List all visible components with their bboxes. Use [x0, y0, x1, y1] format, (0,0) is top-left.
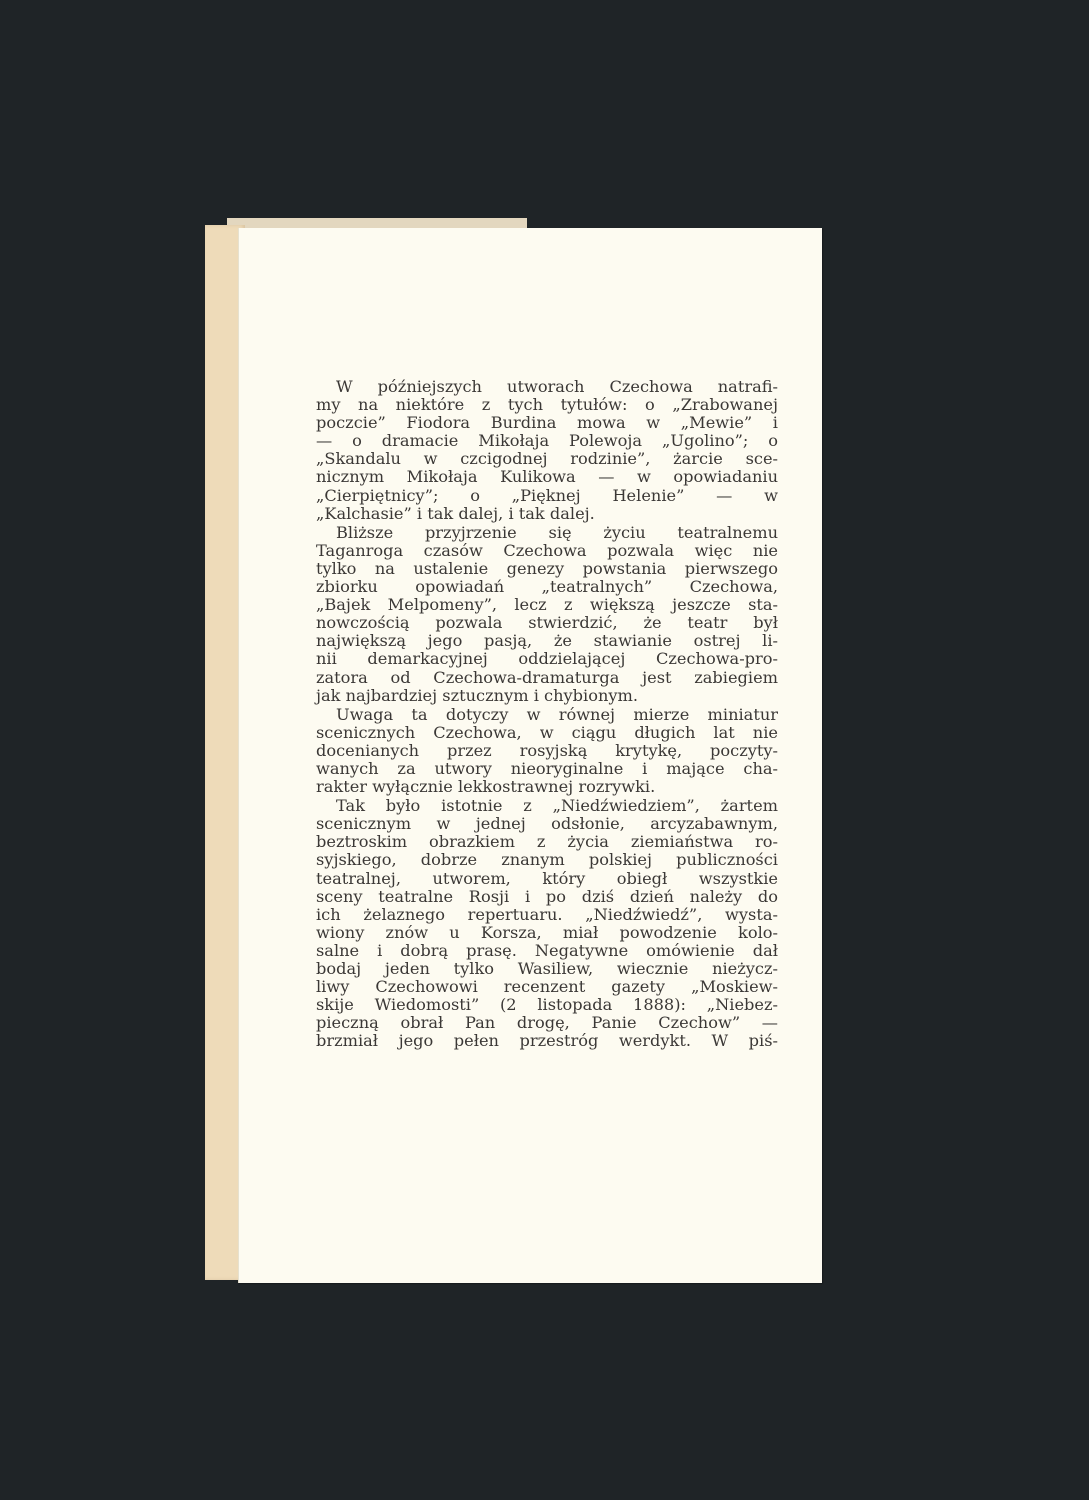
- text-line: bodaj jeden tylko Wasiliew, wiecznie nie…: [316, 960, 778, 978]
- text-line: rakter wyłącznie lekkostrawnej rozrywki.: [316, 778, 778, 796]
- text-line: „Skandalu w czcigodnej rodzinie”, żarcie…: [316, 450, 778, 468]
- text-line: W późniejszych utworach Czechowa natrafi…: [316, 378, 778, 396]
- text-line: nicznym Mikołaja Kulikowa — w opowiadani…: [316, 468, 778, 486]
- paragraph-4: Tak było istotnie z „Niedźwiedziem”, żar…: [316, 797, 778, 1050]
- text-line: beztroskim obrazkiem z życia ziemiaństwa…: [316, 833, 778, 851]
- text-line: Tak było istotnie z „Niedźwiedziem”, żar…: [316, 797, 778, 815]
- text-line: poczcie” Fiodora Burdina mowa w „Mewie” …: [316, 414, 778, 432]
- text-line: największą jego pasją, że stawianie ostr…: [316, 632, 778, 650]
- text-line: wiony znów u Korsza, miał powodzenie kol…: [316, 924, 778, 942]
- text-line: „Kalchasie” i tak dalej, i tak dalej.: [316, 505, 778, 523]
- text-line: skije Wiedomosti” (2 listopada 1888): „N…: [316, 996, 778, 1014]
- book-page: W późniejszych utworach Czechowa natrafi…: [238, 228, 822, 1283]
- text-line: zatora od Czechowa-dramaturga jest zabie…: [316, 669, 778, 687]
- text-line: liwy Czechowowi recenzent gazety „Moskie…: [316, 978, 778, 996]
- page-body-text: W późniejszych utworach Czechowa natrafi…: [316, 378, 778, 1050]
- text-line: Uwaga ta dotyczy w równej mierze miniatu…: [316, 706, 778, 724]
- text-line: Taganroga czasów Czechowa pozwala więc n…: [316, 542, 778, 560]
- text-line: nii demarkacyjnej oddzielającej Czechowa…: [316, 650, 778, 668]
- text-line: jak najbardziej sztucznym i chybionym.: [316, 687, 778, 705]
- text-line: syjskiego, dobrze znanym polskiej public…: [316, 851, 778, 869]
- text-line: scenicznym w jednej odsłonie, arcyzabawn…: [316, 815, 778, 833]
- text-line: docenianych przez rosyjską krytykę, pocz…: [316, 742, 778, 760]
- paragraph-3: Uwaga ta dotyczy w równej mierze miniatu…: [316, 706, 778, 796]
- paragraph-1: W późniejszych utworach Czechowa natrafi…: [316, 378, 778, 523]
- text-line: teatralnej, utworem, który obiegł wszyst…: [316, 870, 778, 888]
- text-line: nowczością pozwala stwierdzić, że teatr …: [316, 614, 778, 632]
- text-line: sceny teatralne Rosji i po dziś dzień na…: [316, 888, 778, 906]
- text-line: pieczną obrał Pan drogę, Panie Czechow” …: [316, 1014, 778, 1032]
- text-line: ich żelaznego repertuaru. „Niedźwiedź”, …: [316, 906, 778, 924]
- text-line: tylko na ustalenie genezy powstania pier…: [316, 560, 778, 578]
- text-line: brzmiał jego pełen przestróg werdykt. W …: [316, 1032, 778, 1050]
- text-line: „Bajek Melpomeny”, lecz z większą jeszcz…: [316, 596, 778, 614]
- text-line: „Cierpiętnicy”; o „Pięknej Helenie” — w: [316, 487, 778, 505]
- paragraph-2: Bliższe przyjrzenie się życiu teatralnem…: [316, 524, 778, 705]
- text-line: Bliższe przyjrzenie się życiu teatralnem…: [316, 524, 778, 542]
- text-line: wanych za utwory nieoryginalne i mające …: [316, 760, 778, 778]
- backing-sheet-top-edge: [227, 218, 527, 228]
- text-line: — o dramacie Mikołaja Polewoja „Ugolino”…: [316, 432, 778, 450]
- scan-background: { "document": { "paragraphs": [ { "lines…: [0, 0, 1089, 1500]
- text-line: my na niektóre z tych tytułów: o „Zrabow…: [316, 396, 778, 414]
- text-line: scenicznych Czechowa, w ciągu długich la…: [316, 724, 778, 742]
- text-line: zbiorku opowiadań „teatralnych” Czechowa…: [316, 578, 778, 596]
- text-line: salne i dobrą prasę. Negatywne omówienie…: [316, 942, 778, 960]
